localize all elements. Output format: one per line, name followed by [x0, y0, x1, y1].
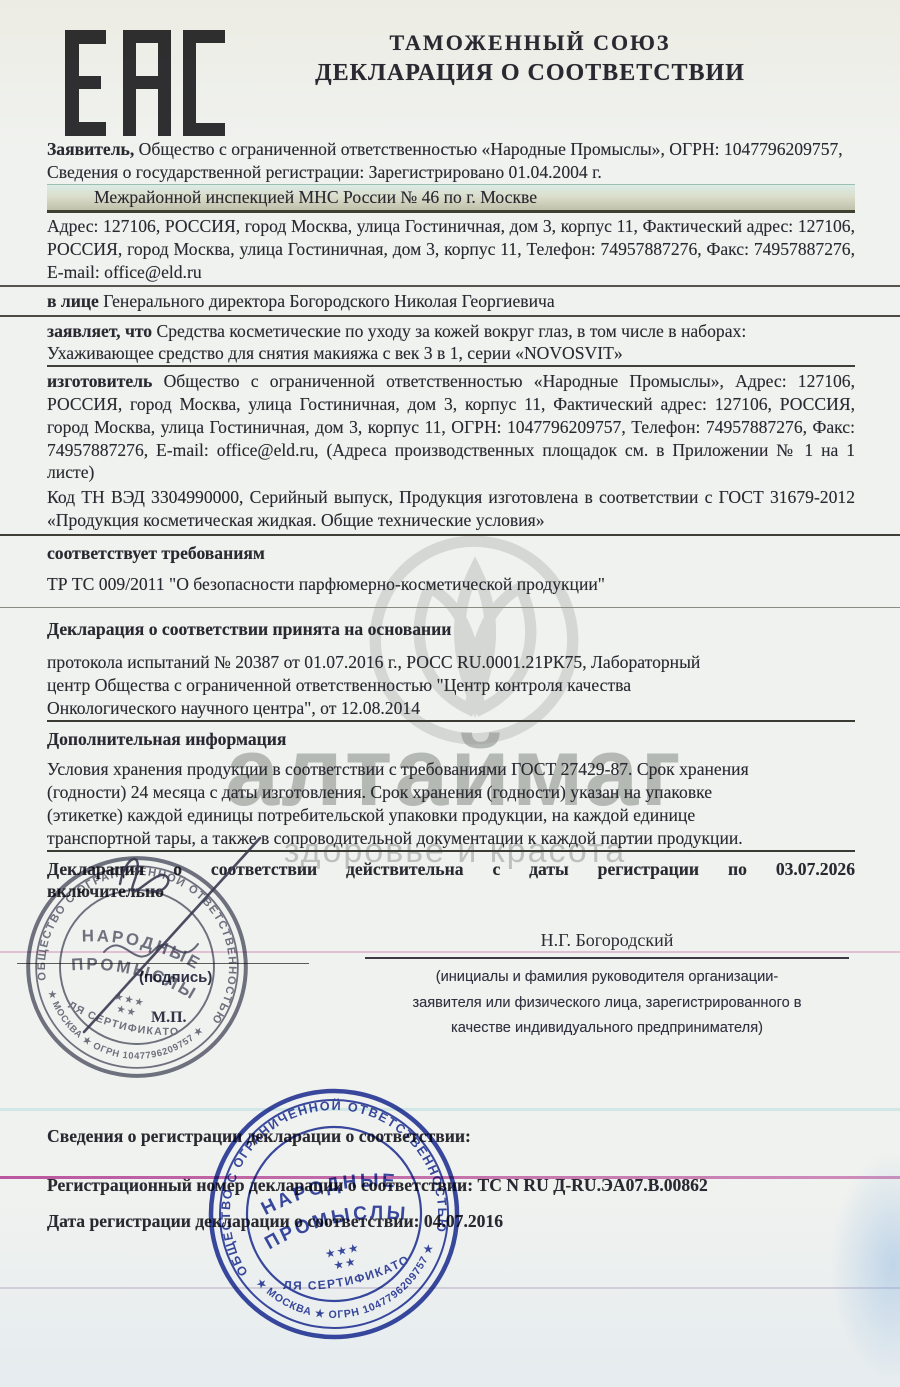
- basis-heading: Декларация о соответствии принята на осн…: [47, 618, 855, 641]
- in-person-text: Генерального директора Богородского Нико…: [99, 291, 555, 311]
- manufacturer-text: Общество с ограниченной ответственностью…: [47, 371, 855, 482]
- head-name: Н.Г. Богородский: [372, 929, 842, 952]
- manufacturer-label: изготовитель: [47, 371, 152, 391]
- head-name-line: [365, 957, 849, 959]
- tr-ts-paragraph: ТР ТС 009/2011 "О безопасности парфюмерн…: [0, 573, 900, 609]
- rule-after-declares: [47, 365, 855, 367]
- company-round-stamp-blue: ОБЩЕСТВО С ОГРАНИЧЕННОЙ ОТВЕТСТВЕННОСТЬЮ…: [180, 1060, 488, 1368]
- applicant-text: Общество с ограниченной ответственностью…: [47, 139, 843, 182]
- complies-heading: соответствует требованиям: [47, 542, 855, 565]
- in-person-label: в лице: [47, 291, 99, 311]
- applicant-paragraph: Заявитель, Общество с ограниченной ответ…: [47, 138, 852, 184]
- inspection-line-highlighted: Межрайонной инспекцией МНС России № 46 п…: [47, 184, 855, 214]
- scan-artifact-blue-smudge: [830, 1150, 900, 1380]
- declares-paragraph: заявляет, что Средства косметические по …: [47, 320, 839, 366]
- blue-stamp-stars-row2: ★ ★: [333, 1257, 356, 1272]
- document-header: ТАМОЖЕННЫЙ СОЮЗ ДЕКЛАРАЦИЯ О СООТВЕТСТВИ…: [0, 0, 900, 118]
- eac-logo: [65, 30, 225, 136]
- applicant-label: Заявитель,: [47, 139, 134, 159]
- protocol-paragraph: протокола испытаний № 20387 от 01.07.201…: [47, 651, 747, 719]
- rule-after-protocol: [47, 720, 855, 722]
- head-name-caption: (инициалы и фамилия руководителя организ…: [369, 965, 845, 1042]
- tn-ved-paragraph: Код ТН ВЭД 3304990000, Серийный выпуск, …: [0, 486, 900, 536]
- declares-text: Средства косметические по уходу за кожей…: [47, 321, 746, 364]
- in-person-paragraph: в лице Генерального директора Богородско…: [0, 290, 900, 317]
- document-title-union: ТАМОЖЕННЫЙ СОЮЗ: [230, 30, 830, 56]
- declaration-document-page: алтаймаг здоровье и красота: [0, 0, 900, 1387]
- manufacturer-paragraph: изготовитель Общество с ограниченной отв…: [47, 370, 855, 484]
- additional-info-heading: Дополнительная информация: [47, 728, 855, 751]
- declares-label: заявляет, что: [47, 321, 152, 341]
- address-paragraph: Адрес: 127106, РОССИЯ, город Москва, ули…: [0, 215, 900, 286]
- document-title-declaration: ДЕКЛАРАЦИЯ О СООТВЕТСТВИИ: [230, 60, 830, 87]
- scan-artifact-cyan-line: [0, 1108, 900, 1111]
- handwritten-signature-ink: [28, 824, 284, 1080]
